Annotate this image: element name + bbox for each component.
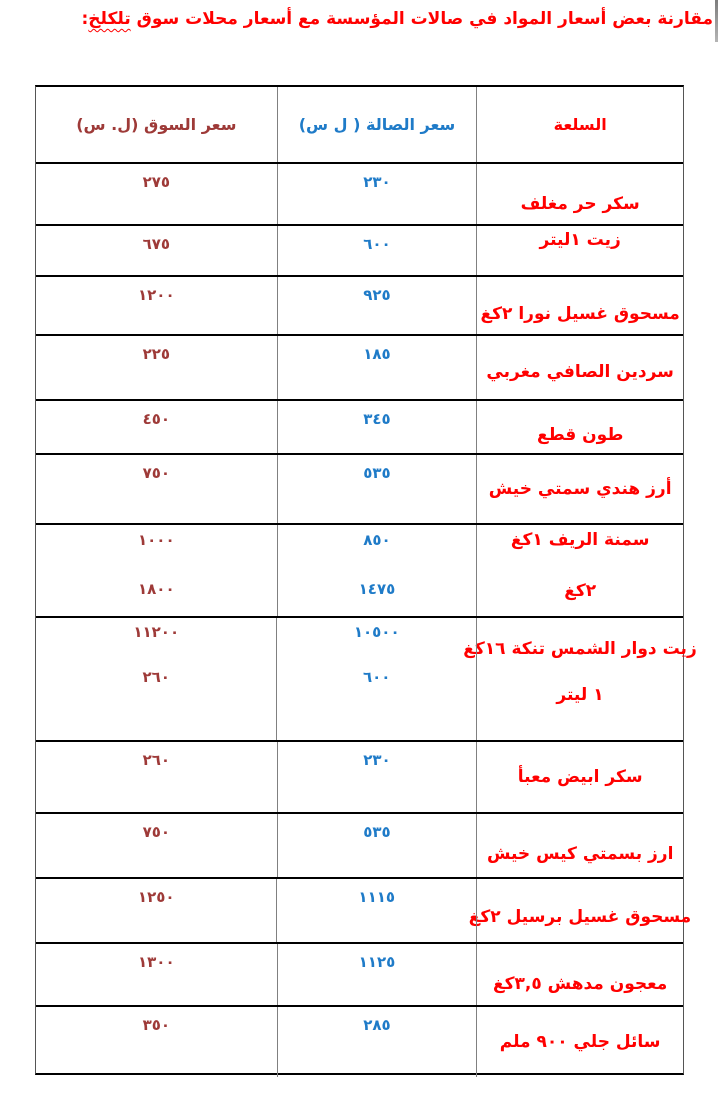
hall-price-cell: ٢٣٠ [277, 164, 478, 224]
market-price-cell: ٣٥٠ [36, 1007, 277, 1077]
item-name: أرز هندي سمتي خيش [489, 479, 672, 500]
market-price-cell: ٢٧٥ [36, 164, 277, 224]
item-name: ارز بسمتي كيس خيش [487, 844, 673, 865]
hall-price-cell: ٨٥٠ ١٤٧٥ [277, 525, 478, 616]
market-price-value: ١٢٥٠ [138, 888, 175, 906]
item-cell: مسحوق غسيل نورا ٢كغ [477, 277, 683, 334]
table-row: زيت ١ليتر ٦٠٠ ٦٧٥ [36, 224, 683, 275]
column-header-item: السلعة [477, 87, 683, 162]
hall-price-cell: ٥٣٥ [277, 814, 478, 877]
hall-price-value: ٢٣٠ [363, 173, 390, 191]
market-price-value: ١٨٠٠ [138, 580, 175, 598]
market-price-value: ١١٢٠٠ [133, 623, 179, 641]
scan-edge-artifact [715, 0, 718, 42]
item-name: معجون مدهش ٣,٥كغ [493, 974, 667, 995]
item-name: زيت ١ليتر [540, 230, 621, 251]
market-price-value: ٤٥٠ [143, 410, 170, 428]
item-name: مسحوق غسيل برسيل ٢كغ [469, 907, 691, 928]
hall-price-value: ١٠٥٠٠ [354, 623, 400, 641]
price-comparison-table: السلعة سعر الصالة ( ل س) سعر السوق (ل. س… [35, 85, 684, 1075]
item-name: طون قطع [537, 425, 623, 446]
table-row: سمنة الريف ١كغ ٢كغ ٨٥٠ ١٤٧٥ ١٠٠٠ ١٨٠٠ [36, 523, 683, 616]
market-price-cell: ٧٥٠ [36, 455, 277, 523]
hall-price-value: ٦٠٠ [363, 235, 390, 253]
table-row: ارز بسمتي كيس خيش ٥٣٥ ٧٥٠ [36, 812, 683, 877]
market-price-cell: ٤٥٠ [36, 401, 277, 453]
table-row: أرز هندي سمتي خيش ٥٣٥ ٧٥٠ [36, 453, 683, 523]
market-price-value: ١٣٠٠ [138, 953, 175, 971]
item-cell: ارز بسمتي كيس خيش [477, 814, 683, 877]
hall-price-value: ٦٠٠ [363, 668, 390, 686]
hall-price-cell: ١١٢٥ [277, 944, 478, 1005]
hall-price-value: ٣٤٥ [363, 410, 390, 428]
market-price-value: ١٢٠٠ [138, 286, 175, 304]
hall-price-value: ٥٣٥ [363, 823, 390, 841]
hall-price-cell: ٢٨٥ [277, 1007, 478, 1077]
item-name: مسحوق غسيل نورا ٢كغ [481, 304, 680, 325]
hall-price-value: ٨٥٠ [363, 531, 390, 549]
market-price-value: ٢٧٥ [143, 173, 170, 191]
table-row: سكر حر مغلف ٢٣٠ ٢٧٥ [36, 162, 683, 224]
item-name: سكر حر مغلف [521, 194, 640, 215]
item-name: ٢كغ [564, 581, 596, 602]
market-price-value: ٢٦٠ [143, 751, 170, 769]
hall-price-value: ٢٣٠ [363, 751, 390, 769]
title-misspelled-word: تلكلخ [88, 9, 130, 29]
item-cell: أرز هندي سمتي خيش [477, 455, 683, 523]
market-price-value: ٢٢٥ [143, 345, 170, 363]
hall-price-cell: ١٠٥٠٠ ٦٠٠ [276, 618, 477, 740]
table-row: طون قطع ٣٤٥ ٤٥٠ [36, 399, 683, 453]
hall-price-cell: ١١١٥ [276, 879, 477, 942]
market-price-value: ٢٦٠ [143, 668, 170, 686]
item-name: سردين الصافي مغربي [486, 362, 674, 383]
market-price-cell: ٧٥٠ [36, 814, 277, 877]
item-name: سائل جلي ٩٠٠ ملم [500, 1032, 661, 1053]
table-row: مسحوق غسيل نورا ٢كغ ٩٢٥ ١٢٠٠ [36, 275, 683, 334]
market-price-value: ١٠٠٠ [138, 531, 175, 549]
hall-price-value: ٢٨٥ [363, 1016, 390, 1034]
market-price-cell: ٢٢٥ [36, 336, 277, 399]
hall-price-value: ١١٢٥ [359, 953, 396, 971]
item-cell: زيت ١ليتر [477, 226, 683, 275]
market-price-cell: ٦٧٥ [36, 226, 277, 275]
table-header-row: السلعة سعر الصالة ( ل س) سعر السوق (ل. س… [36, 87, 683, 162]
item-cell: معجون مدهش ٣,٥كغ [477, 944, 683, 1005]
item-name: ١ ليتر [556, 685, 603, 706]
hall-price-cell: ١٨٥ [277, 336, 478, 399]
market-price-cell: ١٠٠٠ ١٨٠٠ [36, 525, 277, 616]
item-name: سكر ابيض معبأ [518, 767, 643, 788]
hall-price-value: ١٨٥ [363, 345, 390, 363]
hall-price-cell: ٣٤٥ [277, 401, 478, 453]
hall-price-cell: ٢٣٠ [277, 742, 478, 812]
market-price-cell: ٢٦٠ [36, 742, 277, 812]
page-title: مقارنة بعض أسعار المواد في صالات المؤسسة… [10, 7, 713, 31]
item-cell: سكر ابيض معبأ [477, 742, 683, 812]
item-cell: مسحوق غسيل برسيل ٢كغ [477, 879, 683, 942]
table-row: سائل جلي ٩٠٠ ملم ٢٨٥ ٣٥٠ [36, 1005, 683, 1077]
item-cell: طون قطع [477, 401, 683, 453]
table-row: مسحوق غسيل برسيل ٢كغ ١١١٥ ١٢٥٠ [36, 877, 683, 942]
item-name: زيت دوار الشمس تنكة ١٦كغ [463, 639, 696, 660]
item-cell: سائل جلي ٩٠٠ ملم [477, 1007, 683, 1077]
market-price-cell: ١٢٠٠ [36, 277, 277, 334]
item-cell: سكر حر مغلف [477, 164, 683, 224]
market-price-value: ٣٥٠ [143, 1016, 170, 1034]
market-price-cell: ١٣٠٠ [36, 944, 277, 1005]
market-price-value: ٦٧٥ [143, 235, 170, 253]
hall-price-value: ٥٣٥ [363, 464, 390, 482]
hall-price-cell: ٦٠٠ [277, 226, 478, 275]
item-cell: سردين الصافي مغربي [477, 336, 683, 399]
hall-price-cell: ٩٢٥ [277, 277, 478, 334]
column-header-hall-price: سعر الصالة ( ل س) [277, 87, 478, 162]
table-row: معجون مدهش ٣,٥كغ ١١٢٥ ١٣٠٠ [36, 942, 683, 1005]
title-text: مقارنة بعض أسعار المواد في صالات المؤسسة… [137, 9, 713, 29]
table-row: زيت دوار الشمس تنكة ١٦كغ ١ ليتر ١٠٥٠٠ ٦٠… [36, 616, 683, 740]
item-cell: زيت دوار الشمس تنكة ١٦كغ ١ ليتر [477, 618, 683, 740]
market-price-value: ٧٥٠ [143, 464, 170, 482]
column-header-market-price: سعر السوق (ل. س) [36, 87, 277, 162]
table-row: سردين الصافي مغربي ١٨٥ ٢٢٥ [36, 334, 683, 399]
hall-price-value: ١٤٧٥ [359, 580, 396, 598]
item-cell: سمنة الريف ١كغ ٢كغ [477, 525, 683, 616]
market-price-cell: ١٢٥٠ [36, 879, 276, 942]
table-row: سكر ابيض معبأ ٢٣٠ ٢٦٠ [36, 740, 683, 812]
market-price-cell: ١١٢٠٠ ٢٦٠ [36, 618, 276, 740]
hall-price-value: ١١١٥ [358, 888, 395, 906]
item-name: سمنة الريف ١كغ [511, 530, 650, 551]
hall-price-cell: ٥٣٥ [277, 455, 478, 523]
hall-price-value: ٩٢٥ [363, 286, 390, 304]
market-price-value: ٧٥٠ [143, 823, 170, 841]
